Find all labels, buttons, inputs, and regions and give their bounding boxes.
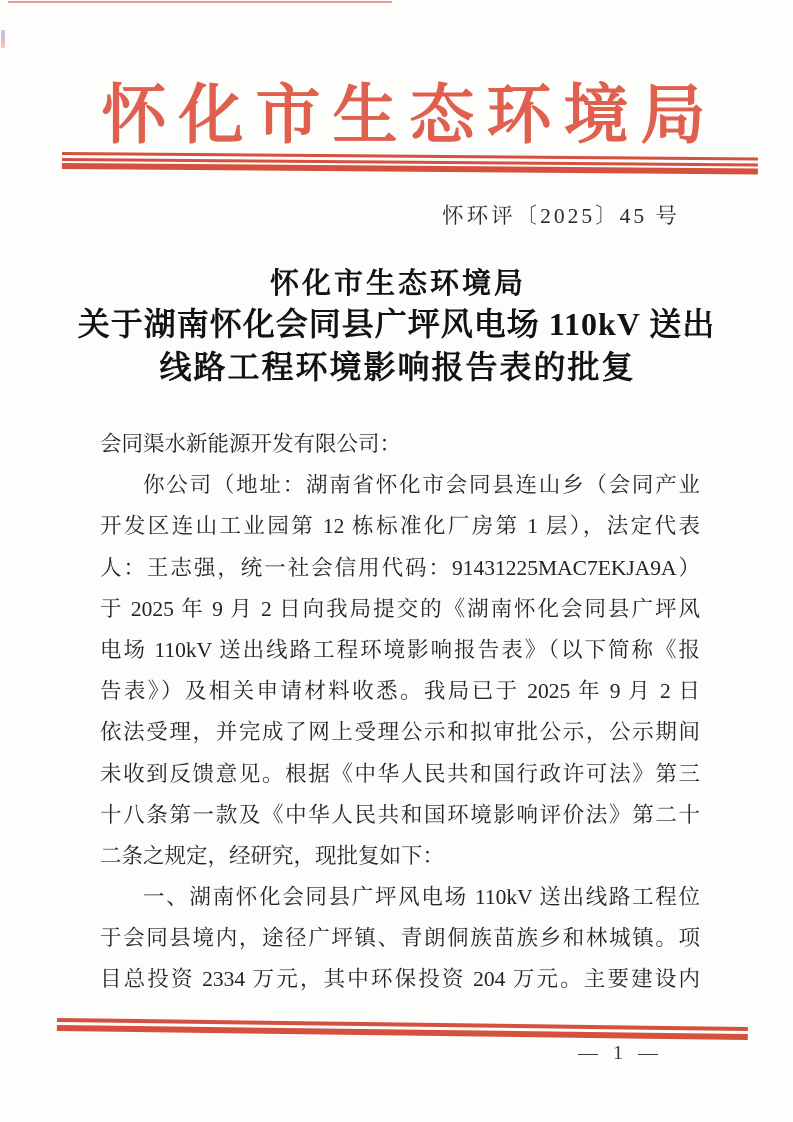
- document-title: 怀化市生态环境局 关于湖南怀化会同县广坪风电场 110kV 送出 线路工程环境影…: [0, 266, 793, 389]
- body-line: 目总投资 2334 万元，其中环保投资 204 万元。主要建设内: [100, 959, 700, 1000]
- body-line: 告表》）及相关申请材料收悉。我局已于 2025 年 9 月 2 日: [100, 671, 700, 712]
- letterhead-divider: [62, 152, 758, 174]
- body-line: 于 2025 年 9 月 2 日向我局提交的《湖南怀化会同县广坪风: [100, 589, 700, 630]
- body-line: 会同渠水新能源开发有限公司：: [100, 424, 700, 465]
- footer-divider: [57, 1018, 748, 1040]
- document-title-line3: 线路工程环境影响报告表的批复: [0, 346, 793, 389]
- body-line: 于会同县境内，途径广坪镇、青朗侗族苗族乡和林城镇。项: [100, 918, 700, 959]
- body-line: 十八条第一款及《中华人民共和国环境影响评价法》第二十: [100, 795, 700, 836]
- body-line: 电场 110kV 送出线路工程环境影响报告表》（以下简称《报: [100, 630, 700, 671]
- page-number: — 1 —: [578, 1042, 663, 1065]
- scan-artifact-line: [8, 1, 392, 3]
- body-line: 人：王志强，统一社会信用代码：91431225MAC7EKJA9A）: [100, 548, 700, 589]
- body-line: 你公司（地址：湖南省怀化市会同县连山乡（会同产业: [100, 465, 700, 506]
- body-line: 依法受理，并完成了网上受理公示和拟审批公示，公示期间: [100, 712, 700, 753]
- scan-artifact-speck: [1, 30, 5, 48]
- document-title-line2: 关于湖南怀化会同县广坪风电场 110kV 送出: [0, 303, 793, 346]
- document-title-line1: 怀化市生态环境局: [0, 266, 793, 303]
- agency-letterhead: 怀化市生态环境局: [0, 80, 793, 152]
- body-line: 一、湖南怀化会同县广坪风电场 110kV 送出线路工程位: [100, 877, 700, 918]
- document-body: 会同渠水新能源开发有限公司： 你公司（地址：湖南省怀化市会同县连山乡（会同产业 …: [100, 424, 700, 1001]
- body-line: 未收到反馈意见。根据《中华人民共和国行政许可法》第三: [100, 754, 700, 795]
- document-page: 怀化市生态环境局 怀环评〔2025〕45 号 怀化市生态环境局 关于湖南怀化会同…: [0, 0, 793, 1122]
- body-line: 开发区连山工业园第 12 栋标准化厂房第 1 层），法定代表: [100, 506, 700, 547]
- document-number: 怀环评〔2025〕45 号: [442, 199, 680, 230]
- body-line: 二条之规定，经研究，现批复如下：: [100, 836, 700, 877]
